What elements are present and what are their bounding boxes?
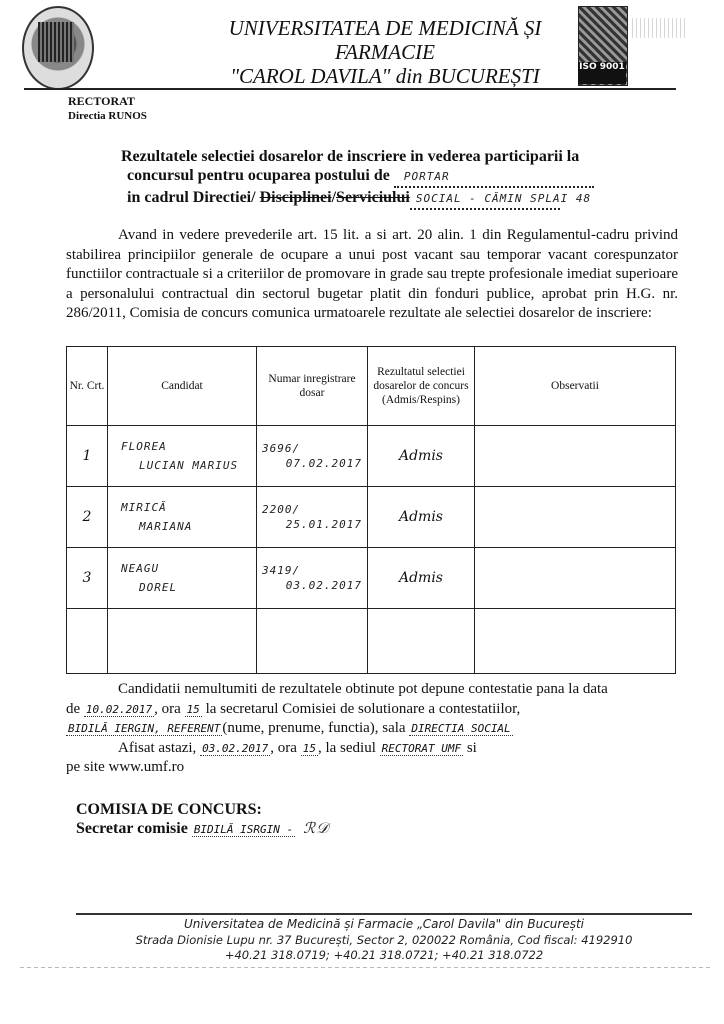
scan-artifact [632, 18, 688, 38]
row-rezultat: Admis [368, 426, 475, 487]
header-candidat: Candidat [108, 347, 257, 426]
department-field: SOCIAL - CĂMIN SPLAI 48 [410, 188, 560, 210]
contest-paragraph: Candidatii nemultumiti de rezultatele ob… [66, 680, 678, 778]
row-numar: 3696/07.02.2017 [257, 426, 368, 487]
directia-label: Directia RUNOS [68, 110, 147, 122]
post-value: PORTAR [394, 170, 450, 183]
row-candidat [108, 609, 257, 674]
university-name-line2: "CAROL DAVILA" din BUCUREȘTI [180, 64, 590, 88]
posted-date: 03.02.2017 [200, 742, 270, 756]
site-line: pe site www.umf.ro [66, 758, 678, 778]
posted-line: Afisat astazi, 03.02.2017, ora 15, la se… [66, 739, 678, 759]
deadline-date: 10.02.2017 [84, 703, 154, 717]
commission-block: COMISIA DE CONCURS: Secretar comisie BID… [76, 800, 329, 839]
title-line-1: Rezultatele selectiei dosarelor de inscr… [95, 147, 635, 166]
footer-address: Strada Dionisie Lupu nr. 37 București, S… [76, 933, 692, 949]
row-rezultat: Admis [368, 548, 475, 609]
footer-divider [76, 913, 692, 915]
room-value: DIRECTIA SOCIAL [409, 722, 512, 736]
table-header-row: Nr. Crt. Candidat Numar inregistrare dos… [67, 347, 676, 426]
iso-badge: ISO 9001 [578, 62, 626, 84]
row-observatii [475, 487, 676, 548]
posted-hour: 15 [301, 742, 318, 756]
rectorat-label: RECTORAT [68, 94, 135, 109]
commission-secretary: Secretar comisie BIDILĂ ISRGIN -ℛ𝒟 [76, 819, 329, 839]
posted-location: RECTORAT UMF [380, 742, 463, 756]
document-title: Rezultatele selectiei dosarelor de inscr… [95, 147, 635, 210]
header-observatii: Observatii [475, 347, 676, 426]
header-divider [24, 88, 676, 90]
table-row-empty [67, 609, 676, 674]
row-observatii [475, 426, 676, 487]
row-nr: 2 [67, 487, 108, 548]
table-row: 1 FLOREALUCIAN MARIUS 3696/07.02.2017 Ad… [67, 426, 676, 487]
row-numar: 3419/03.02.2017 [257, 548, 368, 609]
row-rezultat: Admis [368, 487, 475, 548]
contest-line-3: BIDILĂ IERGIN, REFERENT(nume, prenume, f… [66, 719, 678, 739]
row-candidat: MIRICĂMARIANA [108, 487, 257, 548]
university-name-line1: UNIVERSITATEA DE MEDICINĂ ȘI FARMACIE [180, 16, 590, 64]
table-row: 2 MIRICĂMARIANA 2200/25.01.2017 Admis [67, 487, 676, 548]
results-table: Nr. Crt. Candidat Numar inregistrare dos… [66, 346, 676, 674]
row-numar: 2200/25.01.2017 [257, 487, 368, 548]
commission-heading: COMISIA DE CONCURS: [76, 800, 329, 819]
contest-line-2: de 10.02.2017, ora 15 la secretarul Comi… [66, 700, 678, 720]
row-observatii [475, 548, 676, 609]
post-field: PORTAR [394, 166, 594, 188]
commission-secretary-value: BIDILĂ ISRGIN - [192, 823, 295, 837]
seal-building-graphic [38, 22, 74, 62]
header-nr: Nr. Crt. [67, 347, 108, 426]
title-line-3: in cadrul Directiei/ Disciplinei/Servici… [95, 188, 635, 210]
deadline-hour: 15 [185, 703, 202, 717]
row-rezultat [368, 609, 475, 674]
footer-university-name: Universitatea de Medicină și Farmacie „C… [76, 917, 692, 933]
footer-phones: +40.21 318.0719; +40.21 318.0721; +40.21… [76, 948, 692, 964]
row-nr: 3 [67, 548, 108, 609]
row-candidat: FLOREALUCIAN MARIUS [108, 426, 257, 487]
contest-line-1: Candidatii nemultumiti de rezultatele ob… [66, 680, 678, 700]
row-nr: 1 [67, 426, 108, 487]
header-rezultat: Rezultatul selectiei dosarelor de concur… [368, 347, 475, 426]
department-value: SOCIAL - CĂMIN SPLAI 48 [410, 192, 591, 205]
signature-icon: ℛ𝒟 [295, 819, 329, 837]
secretary-info: BIDILĂ IERGIN, REFERENT [66, 722, 222, 736]
row-candidat: NEAGUDOREL [108, 548, 257, 609]
table-row: 3 NEAGUDOREL 3419/03.02.2017 Admis [67, 548, 676, 609]
row-nr [67, 609, 108, 674]
row-numar [257, 609, 368, 674]
university-title: UNIVERSITATEA DE MEDICINĂ ȘI FARMACIE "C… [180, 16, 590, 88]
intro-paragraph: Avand in vedere prevederile art. 15 lit.… [66, 226, 678, 324]
footer: Universitatea de Medicină și Farmacie „C… [76, 917, 692, 964]
title-line-2: concursul pentru ocuparea postului de PO… [95, 166, 635, 188]
header-numar: Numar inregistrare dosar [257, 347, 368, 426]
row-observatii [475, 609, 676, 674]
scan-artifact-line [20, 967, 710, 968]
